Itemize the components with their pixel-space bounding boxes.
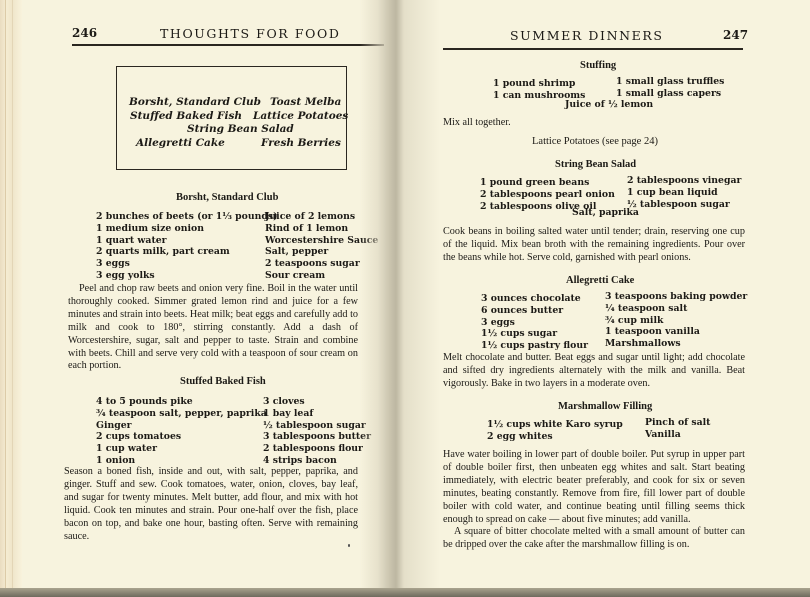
ingredient: 2 cups tomatoes [96, 431, 267, 443]
menu-item: Borsht, Standard Club [129, 96, 261, 108]
ingredient: 2 bunches of beets (or 1⅓ pounds) [96, 211, 277, 223]
directions-text: Melt chocolate and butter. Beat eggs and… [443, 352, 745, 391]
ingredients-left: 3 ounces chocolate 6 ounces butter 3 egg… [481, 293, 588, 352]
ingredient: Marshmallows [605, 338, 747, 350]
ingredient: 6 ounces butter [481, 305, 588, 317]
ingredients-right: 3 teaspoons baking powder ¼ teaspoon sal… [605, 291, 747, 350]
ingredient: 1 small glass truffles [616, 76, 724, 88]
left-page: 246 THOUGHTS FOR FOOD Borsht, Standard C… [0, 0, 405, 591]
recipe-title: Marshmallow Filling [558, 401, 652, 412]
book-bottom-edge [0, 588, 810, 597]
ingredient: 2 egg whites [487, 431, 623, 443]
ingredient: 1 bay leaf [263, 408, 371, 420]
ingredient: 3 eggs [96, 258, 277, 270]
recipe-directions: Melt chocolate and butter. Beat eggs and… [443, 352, 745, 391]
page-number: 246 [72, 26, 97, 40]
directions-text: Mix all together. [443, 117, 743, 130]
ingredient: 1½ cups white Karo syrup [487, 419, 623, 431]
ingredient: 1 cup water [96, 443, 267, 455]
recipe-directions: Mix all together. [443, 117, 743, 130]
directions-text: Season a boned fish, inside and out, wit… [64, 466, 358, 543]
ingredient: ½ tablespoon sugar [627, 199, 741, 211]
ingredient: ½ tablespoon sugar [263, 420, 371, 432]
ingredient: 1½ cups pastry flour [481, 340, 588, 352]
ingredient: 3 teaspoons baking powder [605, 291, 747, 303]
ingredient: 2 quarts milk, part cream [96, 246, 277, 258]
ingredient: ¾ cup milk [605, 315, 747, 327]
menu-item: Lattice Potatoes [253, 110, 348, 122]
ingredient: 2 tablespoons flour [263, 443, 371, 455]
ingredient-centered: Salt, paprika [572, 207, 639, 219]
ingredients-right: 1 small glass truffles 1 small glass cap… [616, 76, 724, 100]
header-rule [72, 44, 384, 46]
right-page: SUMMER DINNERS 247 Stuffing 1 pound shri… [405, 0, 810, 591]
ingredient: Juice of ½ lemon [565, 99, 653, 111]
running-head: SUMMER DINNERS [510, 28, 664, 43]
recipe-title: String Bean Salad [555, 159, 636, 170]
paper-speck [348, 544, 350, 547]
ingredient: Salt, paprika [572, 207, 639, 219]
page-number: 247 [723, 28, 748, 42]
ingredients-left: 2 bunches of beets (or 1⅓ pounds) 1 medi… [96, 211, 277, 282]
menu-item: Fresh Berries [261, 137, 341, 149]
menu-item: String Bean Salad [187, 123, 294, 135]
ingredient: ¼ teaspoon salt [605, 303, 747, 315]
ingredient-centered: Juice of ½ lemon [565, 99, 653, 111]
ingredient: 4 strips bacon [263, 455, 371, 467]
ingredient: 1 pound green beans [480, 177, 615, 189]
ingredients-right: 2 tablespoons vinegar 1 cup bean liquid … [627, 175, 741, 210]
ingredient: 3 eggs [481, 317, 588, 329]
ingredient: 1 onion [96, 455, 267, 467]
menu-item: Toast Melba [270, 96, 341, 108]
menu-item: Stuffed Baked Fish [130, 110, 242, 122]
ingredient: 4 to 5 pounds pike [96, 396, 267, 408]
ingredient: 3 egg yolks [96, 270, 277, 282]
recipe-directions: Peel and chop raw beets and onion very f… [68, 283, 358, 373]
menu-item: Allegretti Cake [136, 137, 225, 149]
recipe-title: Borsht, Standard Club [176, 192, 278, 203]
ingredient: 1 pound shrimp [493, 78, 585, 90]
running-head: THOUGHTS FOR FOOD [160, 26, 340, 41]
recipe-note: A square of bitter chocolate melted with… [443, 526, 745, 552]
directions-text: Have water boiling in lower part of doub… [443, 449, 745, 526]
ingredient: 3 ounces chocolate [481, 293, 588, 305]
directions-text: Peel and chop raw beets and onion very f… [68, 283, 358, 373]
ingredients-right: 3 cloves 1 bay leaf ½ tablespoon sugar 3… [263, 396, 371, 467]
ingredient: 1 quart water [96, 235, 277, 247]
ingredient: 2 tablespoons vinegar [627, 175, 741, 187]
ingredient: Pinch of salt [645, 417, 710, 429]
ingredient: 1 medium size onion [96, 223, 277, 235]
recipe-directions: Have water boiling in lower part of doub… [443, 449, 745, 552]
recipe-directions: Season a boned fish, inside and out, wit… [64, 466, 358, 543]
directions-text: Cook beans in boiling salted water until… [443, 226, 745, 265]
ingredient: 1 teaspoon vanilla [605, 326, 747, 338]
recipe-title: Allegretti Cake [566, 275, 634, 286]
ingredient: 3 cloves [263, 396, 371, 408]
ingredients-right: Pinch of salt Vanilla [645, 417, 710, 441]
ingredient: 1 small glass capers [616, 88, 724, 100]
recipe-title: Stuffed Baked Fish [180, 376, 266, 387]
ingredient: 1½ cups sugar [481, 328, 588, 340]
recipe-title: Stuffing [580, 60, 616, 71]
ingredient: Vanilla [645, 429, 710, 441]
book-spread: 246 THOUGHTS FOR FOOD Borsht, Standard C… [0, 0, 810, 591]
recipe-title: Lattice Potatoes (see page 24) [532, 136, 658, 147]
header-rule [443, 48, 743, 50]
ingredient: 3 tablespoons butter [263, 431, 371, 443]
ingredient: ¾ teaspoon salt, pepper, paprika [96, 408, 267, 420]
recipe-directions: Cook beans in boiling salted water until… [443, 226, 745, 265]
ingredient: 1 cup bean liquid [627, 187, 741, 199]
ingredient: Ginger [96, 420, 267, 432]
ingredient: 2 tablespoons pearl onion [480, 189, 615, 201]
ingredients-left: 1½ cups white Karo syrup 2 egg whites [487, 419, 623, 443]
ingredients-left: 4 to 5 pounds pike ¾ teaspoon salt, pepp… [96, 396, 267, 467]
